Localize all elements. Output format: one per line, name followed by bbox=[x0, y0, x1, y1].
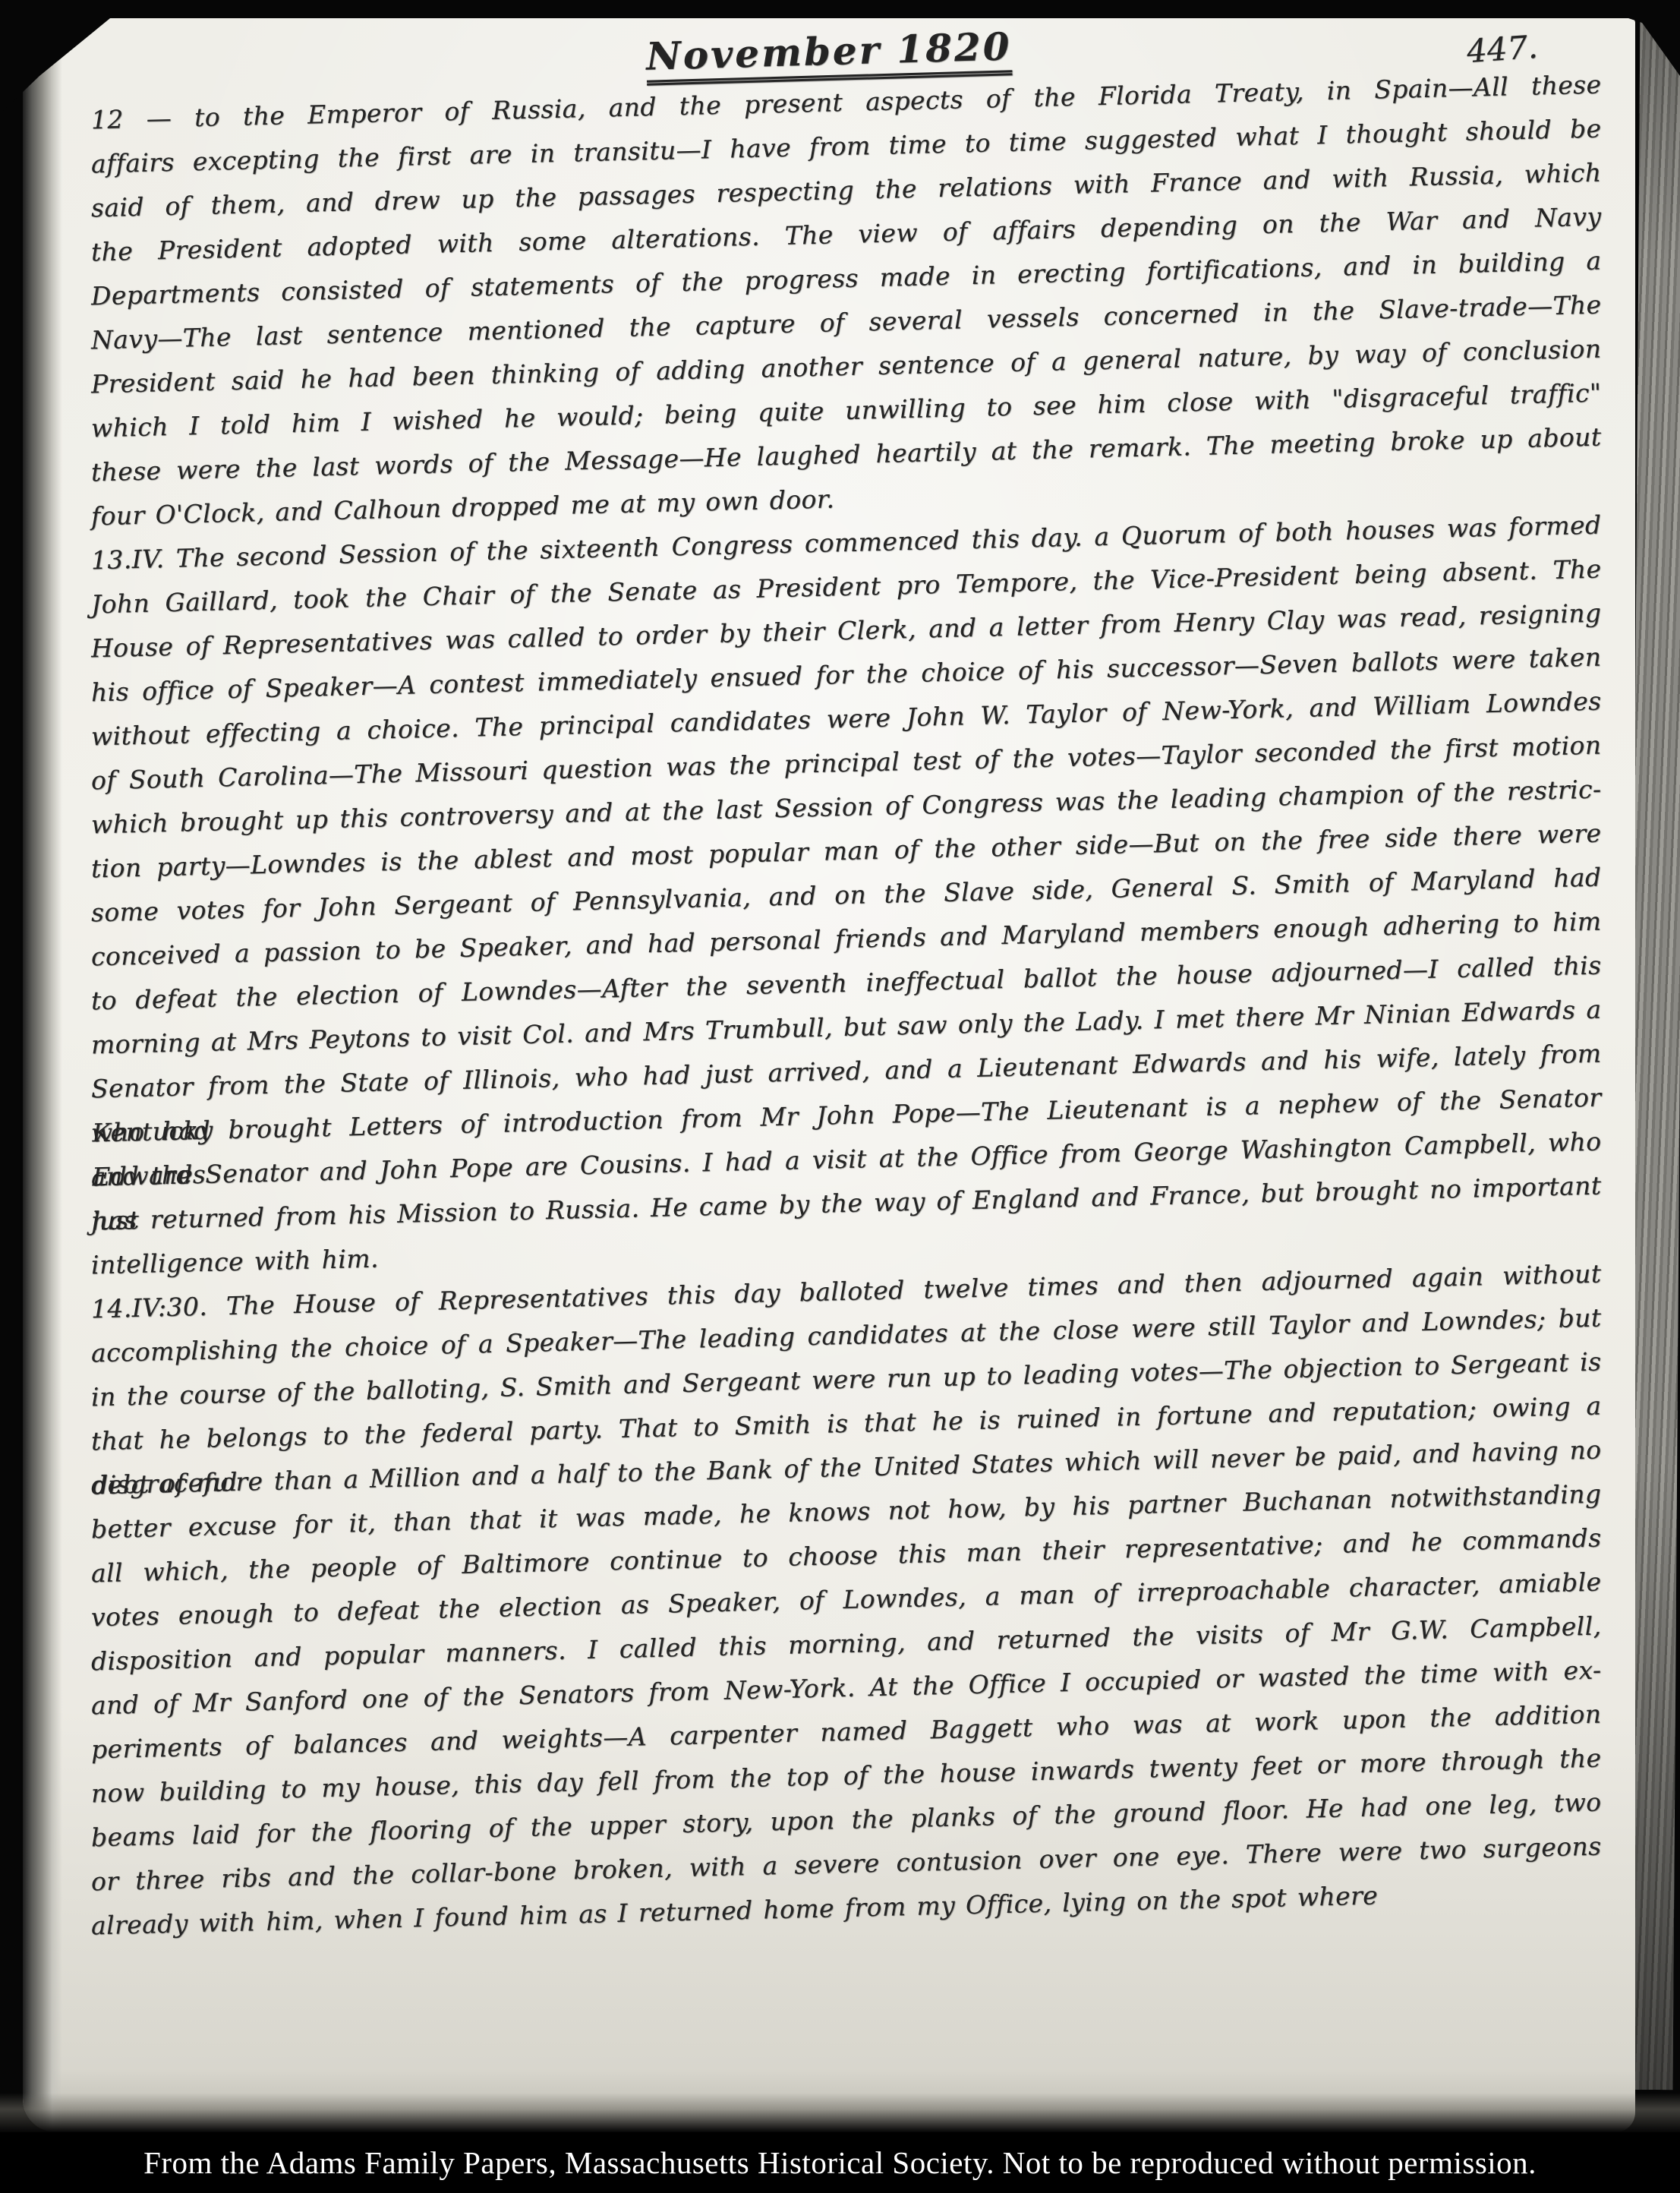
scanned-page: November 1820 447. 12 — to the Emperor o… bbox=[0, 0, 1680, 2193]
book-gutter-shadow bbox=[23, 18, 62, 2132]
page-title: November 1820 bbox=[646, 24, 1013, 78]
credit-text: From the Adams Family Papers, Massachuse… bbox=[143, 2144, 1537, 2181]
manuscript-page: November 1820 447. 12 — to the Emperor o… bbox=[23, 18, 1635, 2132]
manuscript-body: 12 — to the Emperor of Russia, and the p… bbox=[71, 99, 1602, 1948]
credit-bar: From the Adams Family Papers, Massachuse… bbox=[0, 2132, 1680, 2193]
page-bottom-shadow bbox=[0, 2093, 1680, 2132]
